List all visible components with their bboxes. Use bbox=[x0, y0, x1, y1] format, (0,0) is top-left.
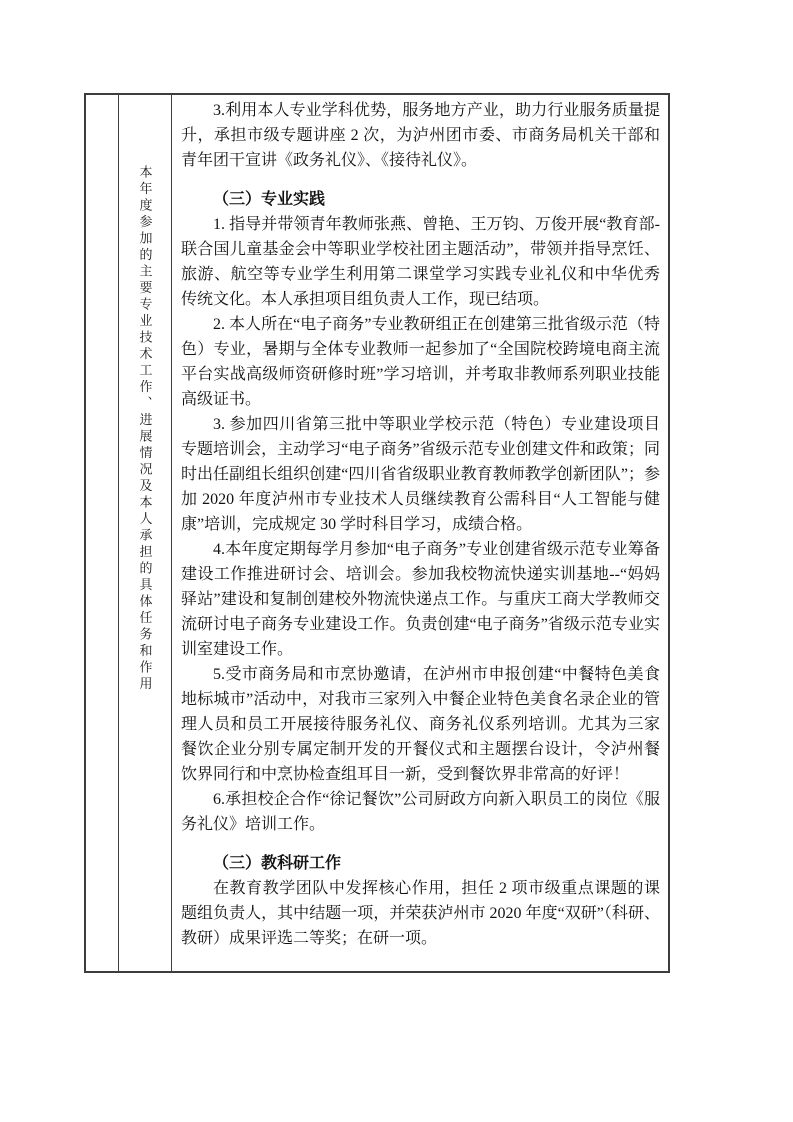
paragraph-item-4: 4.本年度定期每学月参加“电子商务”专业创建省级示范专业筹备建设工作推进研讨会、… bbox=[181, 537, 660, 662]
work-summary-table-row: 本年度参加的主要专业技术工作、进展情况及本人承担的具体任务和作用 3.利用本人专… bbox=[84, 93, 670, 973]
paragraph-item-1: 1. 指导并带领青年教师张燕、曾艳、王万钧、万俊开展“教育部-联合国儿童基金会中… bbox=[181, 212, 660, 312]
paragraph-item-3: 3. 参加四川省第三批中等职业学校示范（特色）专业建设项目专题培训会，主动学习“… bbox=[181, 412, 660, 537]
table-cell-empty bbox=[86, 95, 119, 971]
blank-line bbox=[181, 837, 660, 851]
paragraph-research-summary: 在教育教学团队中发挥核心作用，担任 2 项市级重点课题的课题组负责人，其中结题一… bbox=[181, 876, 660, 951]
paragraph-item-2: 2. 本人所在“电子商务”专业教研组正在创建第三批省级示范（特色）专业，暑期与全… bbox=[181, 312, 660, 412]
blank-line bbox=[181, 173, 660, 187]
table-cell-row-label: 本年度参加的主要专业技术工作、进展情况及本人承担的具体任务和作用 bbox=[119, 95, 172, 971]
paragraph-item-5: 5.受市商务局和市烹协邀请，在泸州市申报创建“中餐特色美食地标城市”活动中，对我… bbox=[181, 662, 660, 787]
row-label-vertical-text: 本年度参加的主要专业技术工作、进展情况及本人承担的具体任务和作用 bbox=[139, 165, 152, 693]
paragraph-item-6: 6.承担校企合作“徐记餐饮”公司厨政方向新入职员工的岗位《服务礼仪》培训工作。 bbox=[181, 787, 660, 837]
table-cell-content: 3.利用本人专业学科优势，服务地方产业，助力行业服务质量提升，承担市级专题讲座 … bbox=[172, 95, 668, 971]
section-heading-professional-practice: （三）专业实践 bbox=[181, 187, 660, 212]
paragraph-item-3-continued: 3.利用本人专业学科优势，服务地方产业，助力行业服务质量提升，承担市级专题讲座 … bbox=[181, 98, 660, 173]
section-heading-teaching-research: （三）教科研工作 bbox=[181, 851, 660, 876]
